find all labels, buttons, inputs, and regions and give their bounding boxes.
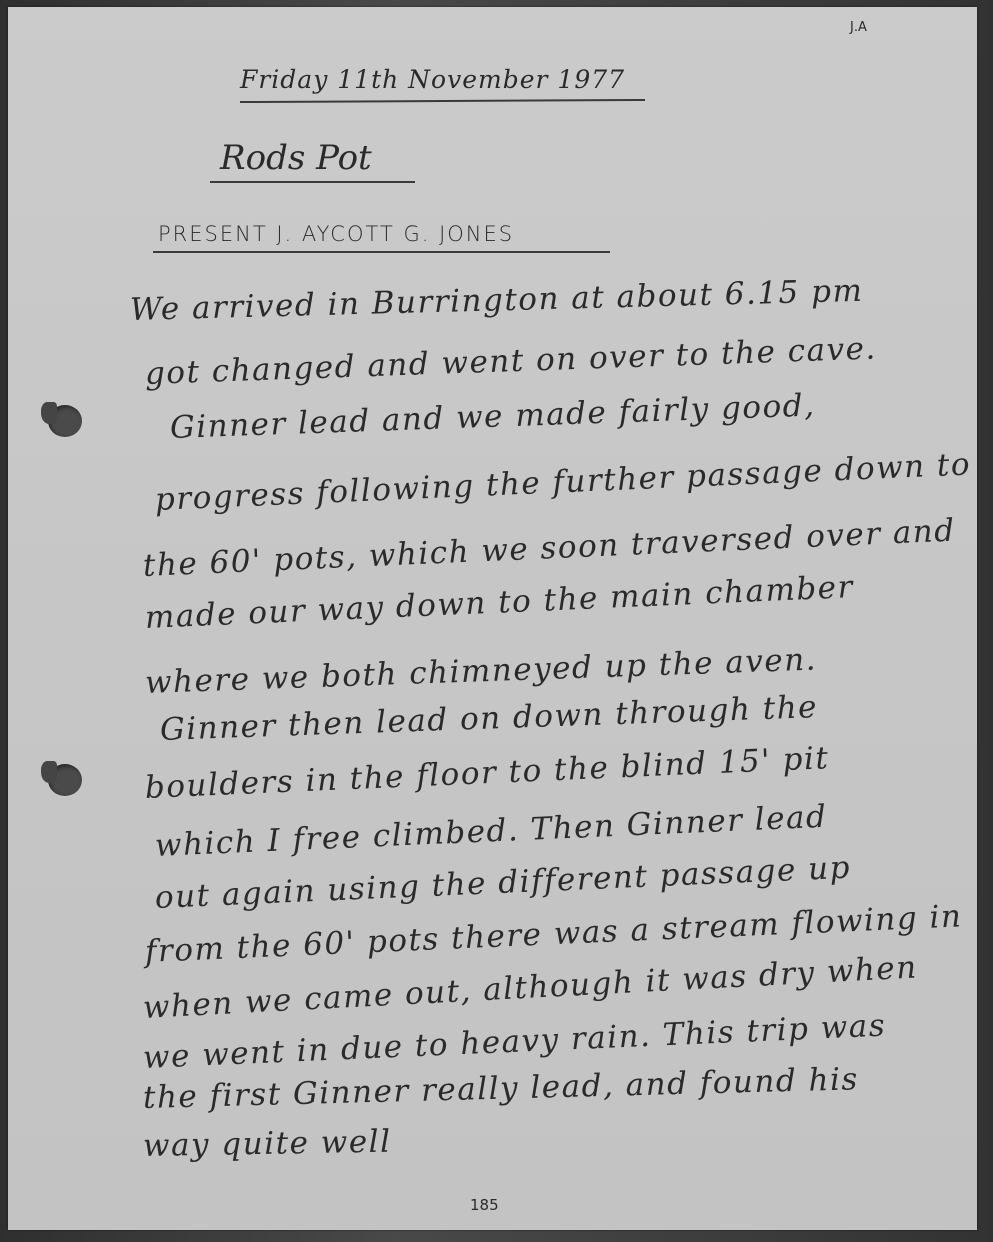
page-number: 185 (470, 1196, 499, 1214)
cave-name-heading: Rods Pot (220, 138, 372, 178)
present-underline (153, 251, 610, 253)
author-initials: J.A (850, 20, 867, 35)
body-line: way quite well (143, 1124, 392, 1164)
punch-hole-top (48, 405, 82, 437)
entry-date: Friday 11th November 1977 (240, 65, 625, 94)
present-members: PRESENT J. AYCOTT G. JONES (158, 222, 514, 246)
punch-hole-bottom (48, 764, 82, 796)
cave-name-underline (210, 181, 415, 183)
